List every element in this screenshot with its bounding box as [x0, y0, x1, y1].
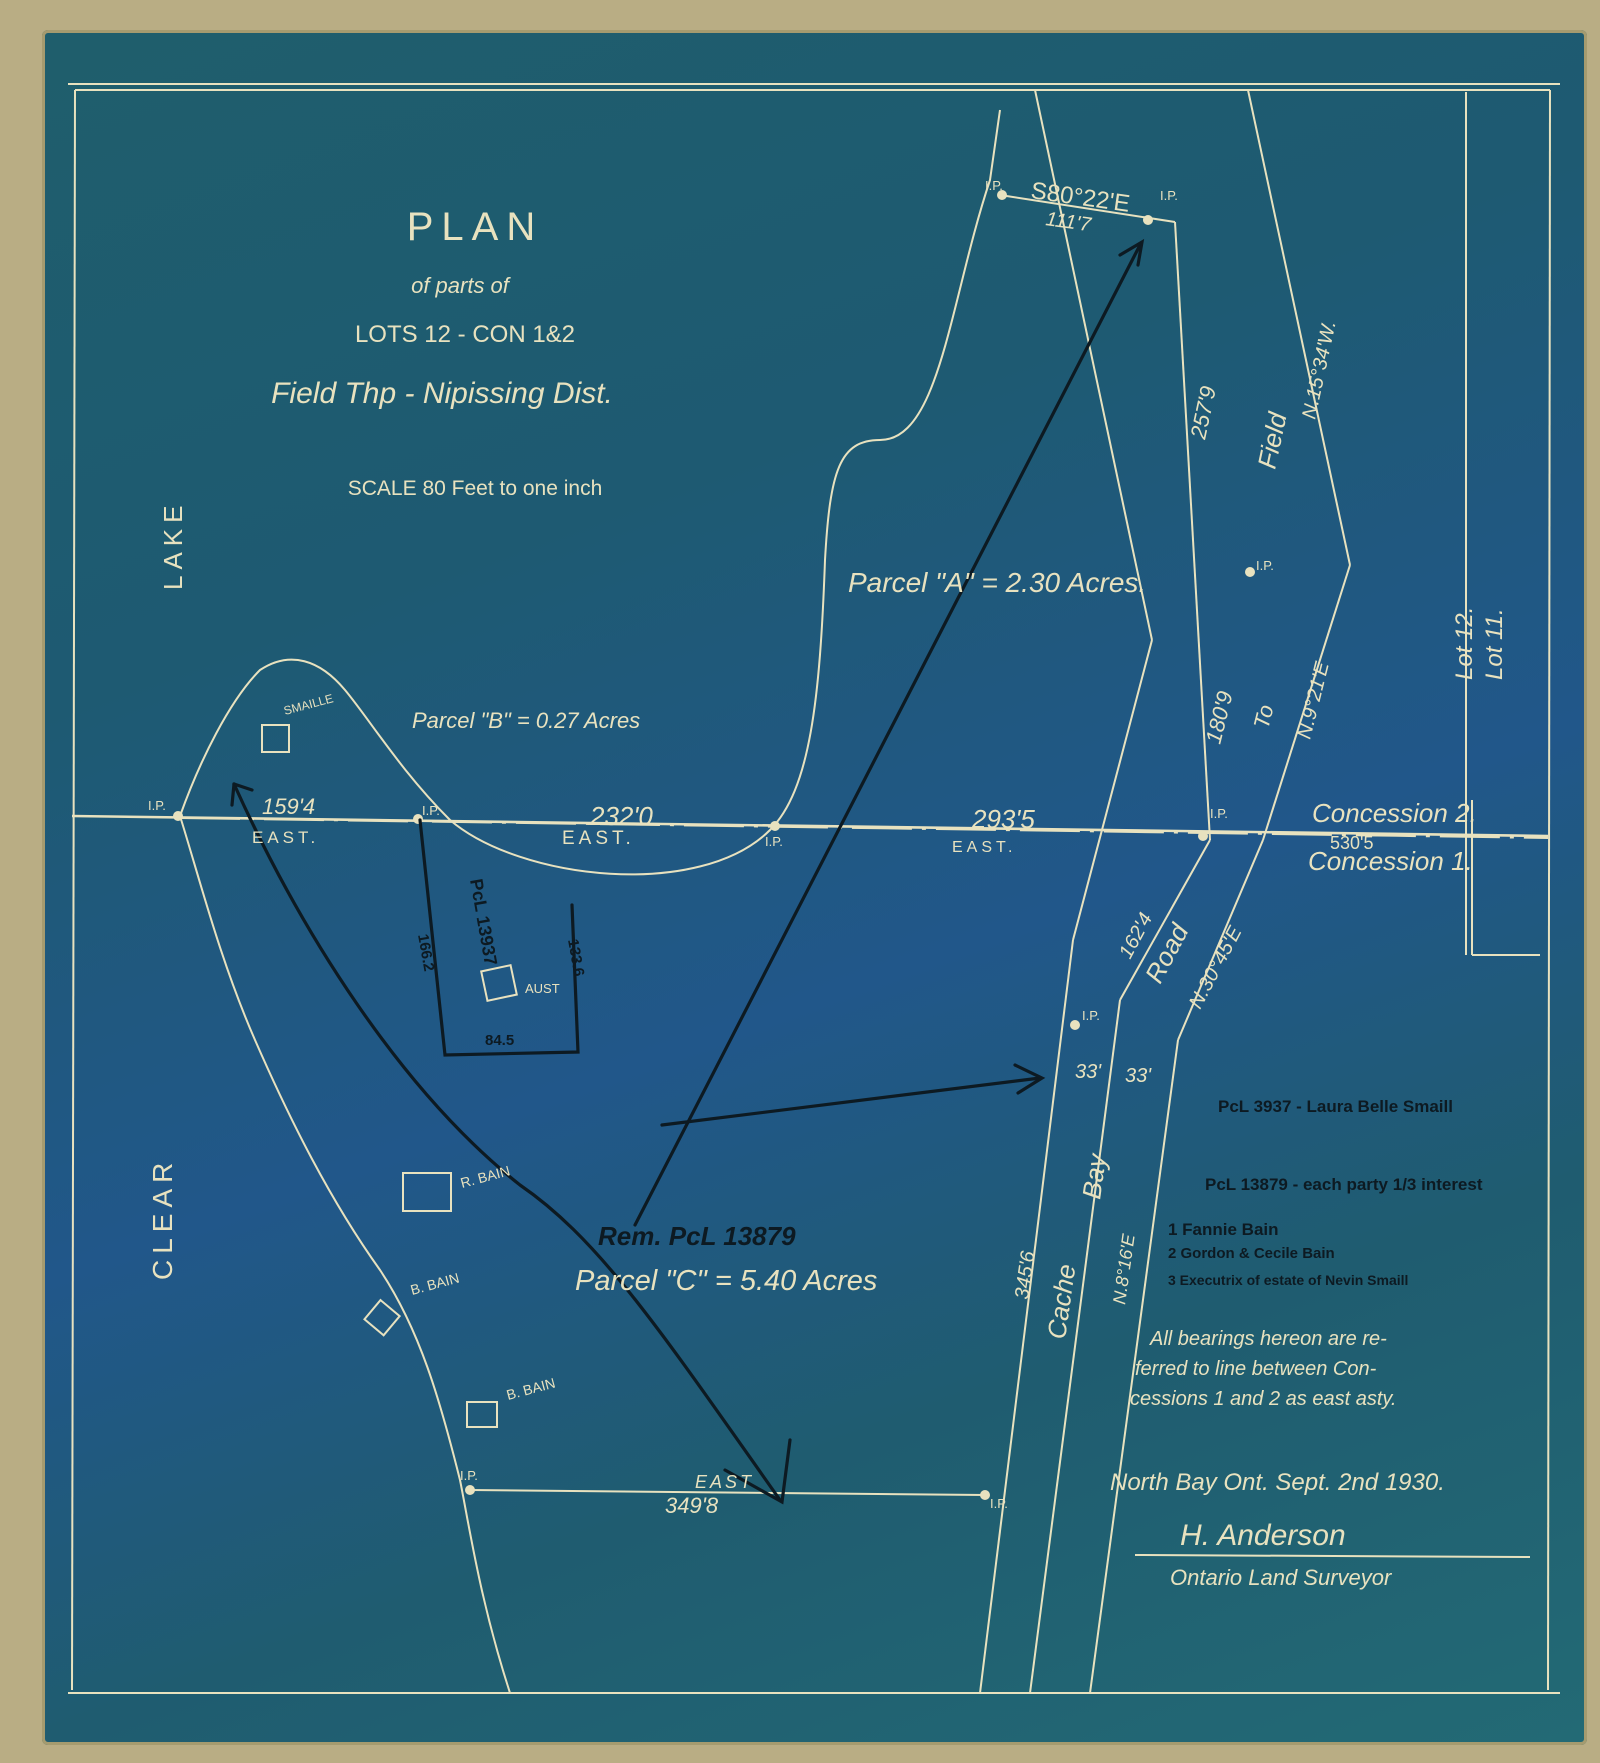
svg-text:I.P.: I.P. — [1082, 1008, 1100, 1023]
svg-text:Rem. PcL 13879: Rem. PcL 13879 — [598, 1221, 796, 1251]
road-bearing-n9: N.9°21'E — [1294, 659, 1335, 741]
svg-text:I.P.: I.P. — [990, 1496, 1008, 1511]
svg-text:I.P.: I.P. — [985, 178, 1003, 193]
plan-township: Field Thp - Nipissing Dist. — [271, 377, 613, 410]
svg-text:I.P.: I.P. — [422, 803, 440, 818]
svg-text:I.P.: I.P. — [1160, 188, 1178, 203]
dist-293: 293'5 — [971, 804, 1035, 834]
top-bearing: S80°22'E — [1029, 177, 1131, 218]
road-bearing-n15: N.15°34'W. — [1298, 319, 1340, 421]
road-dist-180: 180'9 — [1201, 689, 1238, 747]
road-name-cache: Cache — [1041, 1262, 1081, 1341]
road-to: To — [1249, 702, 1279, 731]
survey-plan-drawing: PLAN of parts of LOTS 12 - CON 1&2 Field… — [0, 0, 1600, 1763]
road-name-field: Field — [1252, 408, 1293, 471]
ownership-notes: PcL 3937 - Laura Belle Smaill PcL 13879 … — [1168, 1097, 1483, 1288]
road-dist-257: 257'9 — [1185, 384, 1221, 442]
pen-annotations: PcL 13937 166.2 133.6 84.5 Rem. PcL 1387… — [414, 877, 796, 1251]
parcel-b-label: Parcel "B" = 0.27 Acres — [412, 708, 640, 733]
clear-label: CLEAR — [147, 1157, 178, 1280]
concession-2-label: Concession 2. — [1312, 798, 1477, 828]
parcel-a-label: Parcel "A" = 2.30 Acres. — [848, 567, 1146, 598]
plan-title: PLAN — [407, 205, 544, 249]
signature-line — [1135, 1555, 1530, 1557]
svg-text:I.P.: I.P. — [148, 798, 166, 813]
svg-text:All bearings hereon are re-: All bearings hereon are re- — [1149, 1328, 1387, 1350]
svg-text:I.P.: I.P. — [1256, 558, 1274, 573]
surveyor-title: Ontario Land Surveyor — [1170, 1565, 1393, 1590]
road-width-left: 33' — [1075, 1061, 1102, 1083]
road-bearing-n8: N.8°16'E — [1109, 1232, 1139, 1306]
plan-scale: SCALE 80 Feet to one inch — [348, 477, 603, 500]
concession-1-label: Concession 1. — [1308, 846, 1473, 876]
plan-subtitle: of parts of — [411, 273, 512, 298]
title-block: PLAN of parts of LOTS 12 - CON 1&2 Field… — [271, 205, 613, 500]
svg-text:SMAILLE: SMAILLE — [282, 691, 335, 718]
svg-text:R. BAIN: R. BAIN — [459, 1162, 512, 1191]
svg-text:I.P.: I.P. — [1210, 806, 1228, 821]
bottom-distance: 349'8 — [665, 1493, 719, 1518]
bearing-east-1: EAST. — [252, 828, 319, 847]
building-labels: SMAILLE AUST R. BAIN B. BAIN B. BAIN — [282, 691, 560, 1403]
svg-text:1 Fannie Bain: 1 Fannie Bain — [1168, 1220, 1279, 1239]
place-date: North Bay Ont. Sept. 2nd 1930. — [1110, 1469, 1445, 1496]
svg-text:I.P.: I.P. — [765, 834, 783, 849]
svg-text:AUST: AUST — [525, 981, 560, 996]
svg-text:PcL 13879 - each party 1/3 int: PcL 13879 - each party 1/3 interest — [1205, 1175, 1483, 1194]
svg-text:I.P.: I.P. — [460, 1468, 478, 1483]
bottom-bearing: EAST — [695, 1472, 754, 1492]
road-bearing-n30: N.30°45'E — [1185, 922, 1247, 1012]
bearing-east-3: EAST. — [952, 839, 1016, 856]
field-road-lines — [980, 90, 1350, 1693]
svg-text:PcL 3937 - Laura Belle Smaill: PcL 3937 - Laura Belle Smaill — [1218, 1097, 1453, 1116]
west-shoreline — [180, 816, 510, 1693]
svg-text:PcL 13937: PcL 13937 — [466, 877, 501, 967]
svg-text:cessions 1 and 2 as east asty.: cessions 1 and 2 as east asty. — [1130, 1388, 1396, 1410]
lot-11-label: Lot 11. — [1481, 608, 1508, 680]
svg-text:133.6: 133.6 — [564, 938, 587, 978]
lake-label: LAKE — [158, 500, 188, 591]
svg-text:2 Gordon & Cecile Bain: 2 Gordon & Cecile Bain — [1168, 1245, 1335, 1262]
svg-text:B. BAIN: B. BAIN — [409, 1270, 461, 1298]
bearing-east-2: EAST. — [562, 828, 635, 849]
top-distance: 111'7 — [1044, 208, 1093, 236]
surveyor-signature: H. Anderson — [1180, 1519, 1346, 1552]
lot-12-label: Lot 12. — [1451, 607, 1478, 680]
road-name-bay: Bay — [1076, 1150, 1112, 1201]
svg-text:3 Executrix of estate of Nevin: 3 Executrix of estate of Nevin Smaill — [1168, 1272, 1408, 1288]
bearings-note: All bearings hereon are re- ferred to li… — [1130, 1328, 1396, 1410]
road-dist-345: 345'6 — [1011, 1249, 1040, 1301]
road-width-right: 33' — [1125, 1065, 1152, 1087]
svg-text:84.5: 84.5 — [485, 1032, 514, 1049]
dist-159: 159'4 — [262, 794, 315, 819]
parcel-c-label: Parcel "C" = 5.40 Acres — [575, 1265, 877, 1297]
svg-text:B. BAIN: B. BAIN — [505, 1375, 557, 1403]
plan-lots: LOTS 12 - CON 1&2 — [355, 321, 575, 348]
dist-232: 232'0 — [589, 801, 653, 831]
svg-text:ferred to line between Con-: ferred to line between Con- — [1135, 1358, 1377, 1380]
